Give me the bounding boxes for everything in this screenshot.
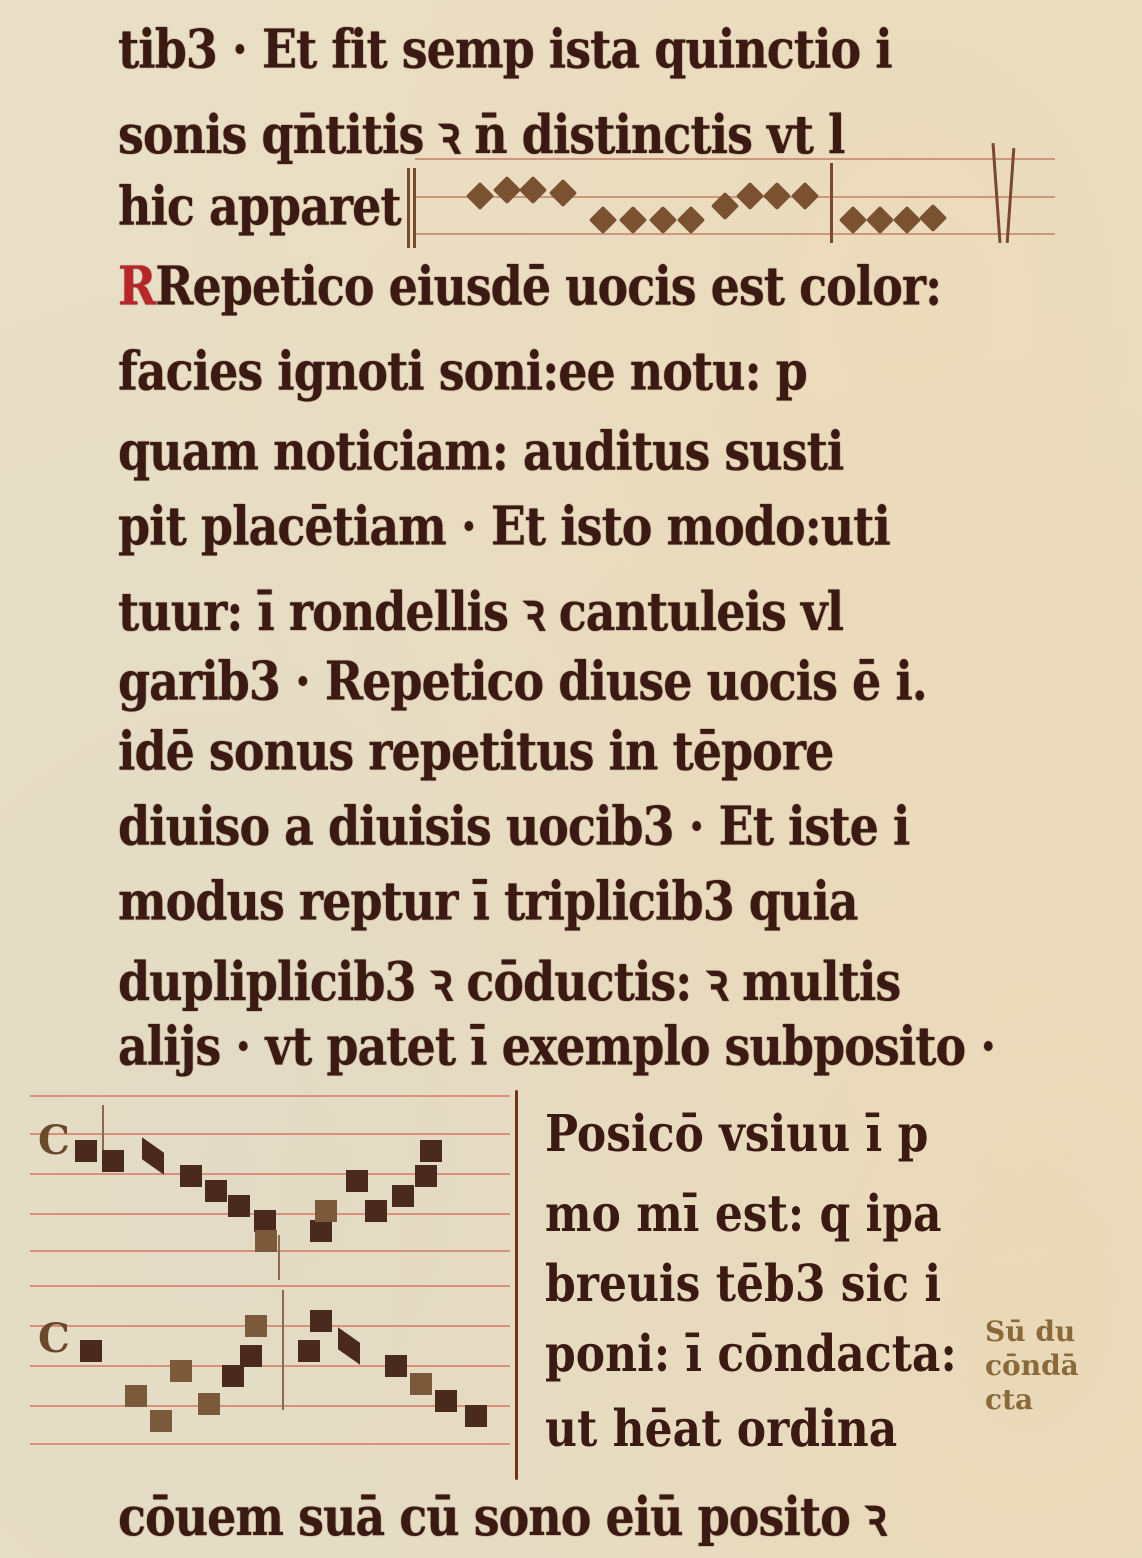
column-line-1: Posicō vsiuu ī p — [545, 1105, 928, 1164]
text-line-3: hic apparet — [118, 175, 401, 237]
c-clef-icon-2: C — [38, 1315, 70, 1362]
column-line-5: ut hēat ordina — [545, 1400, 897, 1459]
column-line-2: mo mī est: q ipa — [545, 1185, 942, 1244]
text-line-11: diuiso a diuisis uocib3 · Et iste i — [118, 795, 909, 857]
manuscript-page: tib3 · Et fit semp ista quinctio i sonis… — [0, 0, 1142, 1558]
music-staff-bottom-2: C — [30, 1285, 510, 1455]
text-line-13: dupliplicib3 ꝛ cōductis: ꝛ multis — [118, 945, 900, 1016]
music-staff-bottom-1: C — [30, 1095, 510, 1265]
text-line-4: RRepetico eiusdē uocis est color: — [118, 255, 941, 317]
text-line-14: alijs · vt patet ī exemplo subposito · — [118, 1015, 995, 1077]
text-line-6: quam noticiam: auditus susti — [118, 420, 843, 482]
column-line-4: poni: ī cōndacta: — [545, 1325, 957, 1384]
c-clef-icon: C — [38, 1117, 70, 1164]
text-line-8: tuur: ī rondellis ꝛ cantuleis vl — [118, 575, 843, 646]
text-line-12: modus reptur ī triplicib3 quia — [118, 870, 858, 932]
music-staff-top — [415, 158, 1055, 248]
rubric-initial-r: R — [118, 255, 155, 317]
text-line-bottom: cōuem suā cū sono eiū posito ꝛ — [118, 1480, 886, 1551]
column-line-3: breuis tēb3 sic i — [545, 1255, 941, 1314]
margin-annotation: Sū du cōndā cta — [985, 1315, 1079, 1417]
column-divider — [515, 1090, 518, 1480]
text-line-10: idē sonus repetitus in tēpore — [118, 720, 833, 782]
text-line-1: tib3 · Et fit semp ista quinctio i — [118, 18, 892, 80]
text-line-7: pit placētiam · Et isto modo:uti — [118, 495, 890, 557]
text-line-5: facies ignoti soni:ee notu: p — [118, 340, 807, 402]
text-line-9: garib3 · Repetico diuse uocis ē i. — [118, 650, 927, 712]
